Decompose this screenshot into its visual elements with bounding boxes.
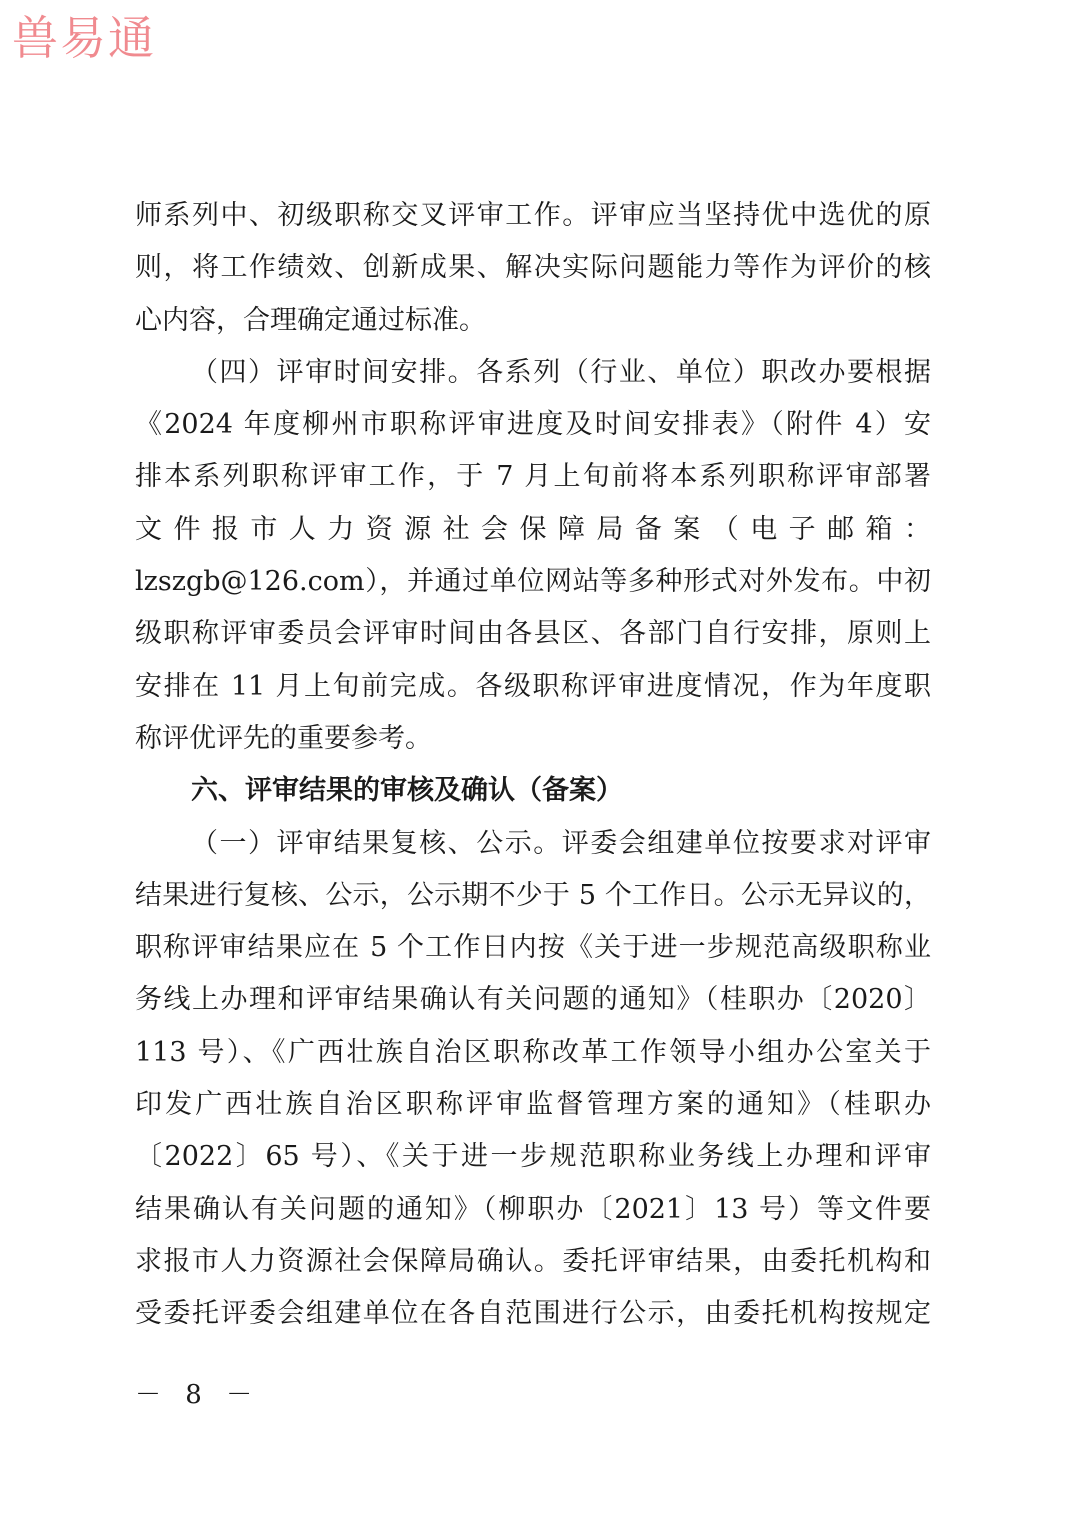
body-line: 心内容，合理确定通过标准。 xyxy=(135,295,931,347)
watermark-logo: 兽易通 xyxy=(12,2,156,68)
body-line: 印发广西壮族自治区职称评审监督管理方案的通知》（桂职办 xyxy=(135,1079,931,1131)
body-line: 文件报市人力资源社会保障局备案（电子邮箱： xyxy=(135,504,931,556)
body-line: 级职称评审委员会评审时间由各县区、各部门自行安排，原则上 xyxy=(135,608,931,660)
section-heading: 六、评审结果的审核及确认（备案） xyxy=(135,765,931,817)
body-line: 结果确认有关问题的通知》（柳职办〔2021〕13 号）等文件要 xyxy=(135,1184,931,1236)
body-line: 职称评审结果应在 5 个工作日内按《关于进一步规范高级职称业 xyxy=(135,922,931,974)
body-line: 安排在 11 月上旬前完成。各级职称评审进度情况，作为年度职 xyxy=(135,661,931,713)
body-line: 则，将工作绩效、创新成果、解决实际问题能力等作为评价的核 xyxy=(135,242,931,294)
document-body: 师系列中、初级职称交叉评审工作。评审应当坚持优中选优的原 则，将工作绩效、创新成… xyxy=(135,190,931,1341)
body-line: lzszgb@126.com），并通过单位网站等多种形式对外发布。中初 xyxy=(135,556,931,608)
body-line: 称评优评先的重要参考。 xyxy=(135,713,931,765)
body-line: （一）评审结果复核、公示。评委会组建单位按要求对评审 xyxy=(135,818,931,870)
body-line: 《2024 年度柳州市职称评审进度及时间安排表》（附件 4）安 xyxy=(135,399,931,451)
body-line: 师系列中、初级职称交叉评审工作。评审应当坚持优中选优的原 xyxy=(135,190,931,242)
body-line: 务线上办理和评审结果确认有关问题的通知》（桂职办〔2020〕 xyxy=(135,974,931,1026)
body-line: 〔2022〕65 号）、《关于进一步规范职称业务线上办理和评审 xyxy=(135,1131,931,1183)
body-line: （四）评审时间安排。各系列（行业、单位）职改办要根据 xyxy=(135,347,931,399)
body-line: 受委托评委会组建单位在各自范围进行公示，由委托机构按规定 xyxy=(135,1288,931,1340)
body-line: 求报市人力资源社会保障局确认。委托评审结果，由委托机构和 xyxy=(135,1236,931,1288)
page-number: － 8 － xyxy=(135,1374,260,1411)
body-line: 排本系列职称评审工作，于 7 月上旬前将本系列职称评审部署 xyxy=(135,451,931,503)
body-line: 结果进行复核、公示，公示期不少于 5 个工作日。公示无异议的， xyxy=(135,870,931,922)
body-line: 113 号）、《广西壮族自治区职称改革工作领导小组办公室关于 xyxy=(135,1027,931,1079)
